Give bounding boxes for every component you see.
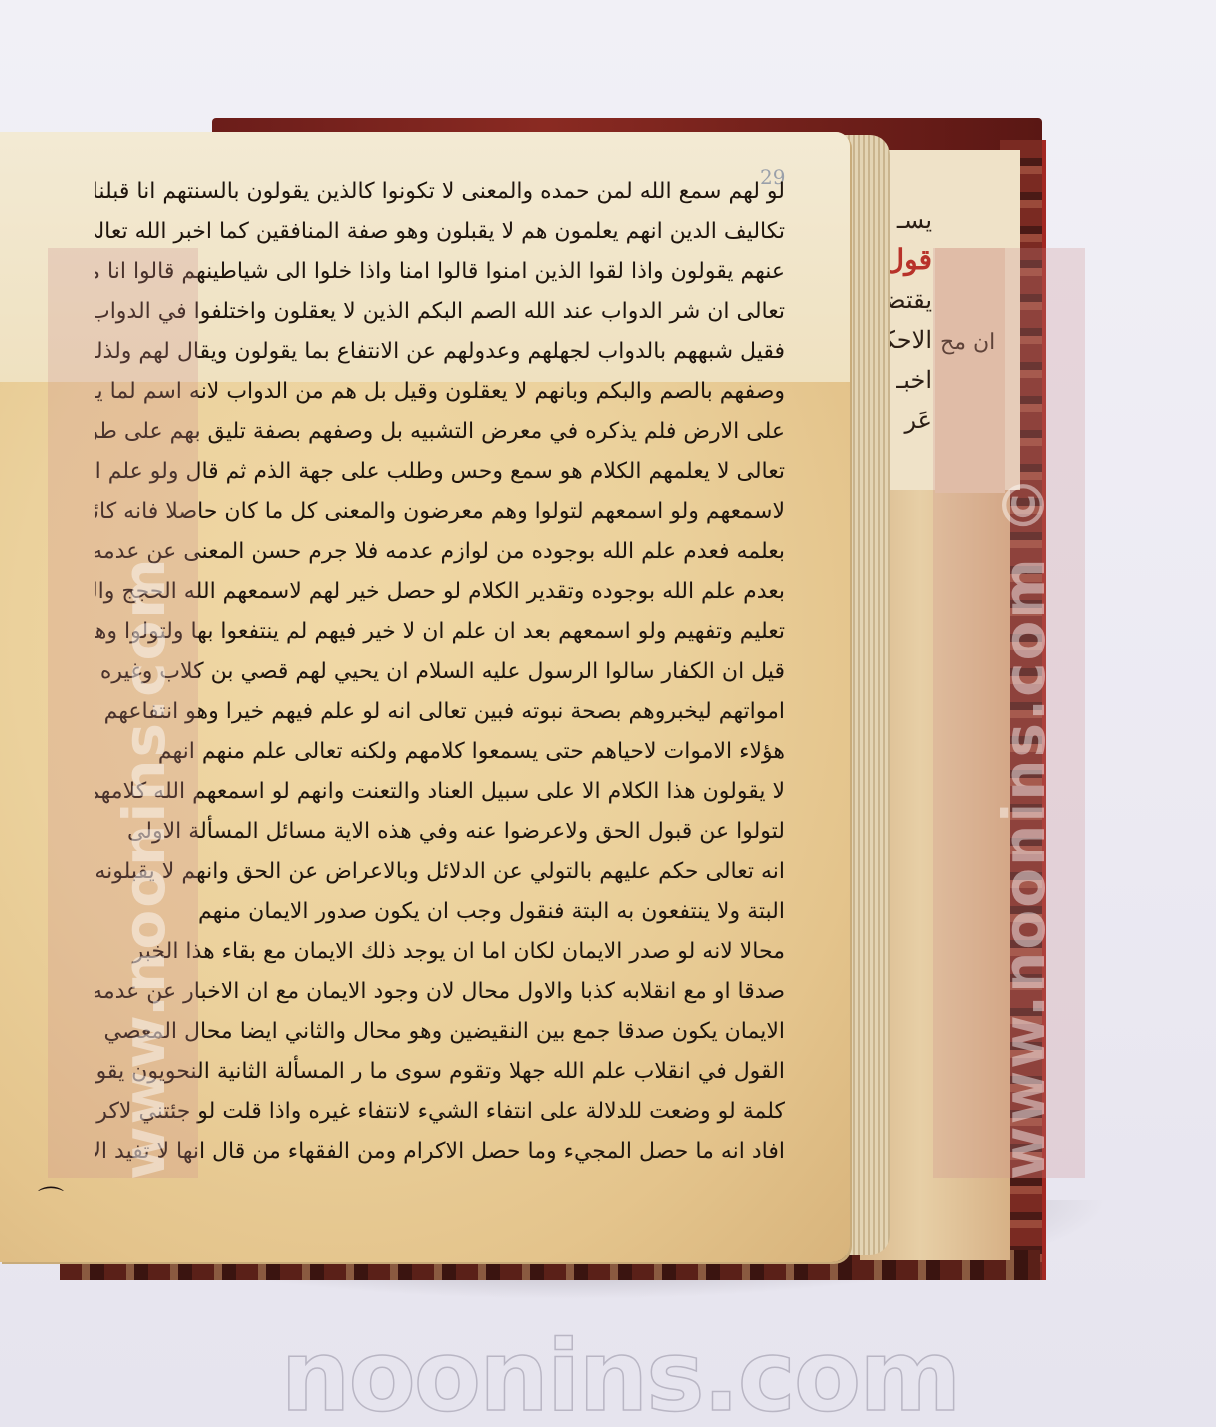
manuscript-text: لو لهم سمع الله لمن حمده والمعنى لا تكون… — [95, 172, 785, 1172]
text-line: على الارض فلم يذكره في معرض التشبيه بل و… — [95, 412, 785, 452]
text-line: وصفهم بالصم والبكم وبانهم لا يعقلون وقيل… — [95, 372, 785, 412]
watermark-bottom: noonins.com — [270, 1320, 970, 1427]
text-line: تعليم وتفهيم ولو اسمعهم بعد ان علم ان لا… — [95, 612, 785, 652]
text-line: كلمة لو وضعت للدلالة على انتفاء الشيء لا… — [95, 1092, 785, 1132]
text-line: هؤلاء الاموات لاحياهم حتى يسمعوا كلامهم … — [95, 732, 785, 772]
text-line: قيل ان الكفار سالوا الرسول عليه السلام ا… — [95, 652, 785, 692]
text-line: محالا لانه لو صدر الايمان لكان اما ان يو… — [95, 932, 785, 972]
text-line: البتة ولا ينتفعون به البتة فنقول وجب ان … — [95, 892, 785, 932]
watermark-vertical-left: www.noonins.com — [110, 556, 178, 1180]
text-line: افاد انه ما حصل المجيء وما حصل الاكرام و… — [95, 1132, 785, 1172]
text-line: الايمان يكون صدقا جمع بين النقيضين وهو م… — [95, 1012, 785, 1052]
text-line: لا يقولون هذا الكلام الا على سبيل العناد… — [95, 772, 785, 812]
text-line: صدقا او مع انقلابه كذبا والاول محال لان … — [95, 972, 785, 1012]
text-line: بعدم علم الله بوجوده وتقدير الكلام لو حص… — [95, 572, 785, 612]
text-line: بعلمه فعدم علم الله بوجوده من لوازم عدمه… — [95, 532, 785, 572]
text-line: فقيل شبههم بالدواب لجهلهم وعدولهم عن الا… — [95, 332, 785, 372]
text-line: امواتهم ليخبروهم بصحة نبوته فبين تعالى ا… — [95, 692, 785, 732]
text-line: لو لهم سمع الله لمن حمده والمعنى لا تكون… — [95, 172, 785, 212]
ink-mark: ⌒ — [38, 1180, 64, 1217]
text-line: تكاليف الدين انهم يعلمون هم لا يقبلون وه… — [95, 212, 785, 252]
watermark-vertical-right: www.noonins.com © — [990, 474, 1058, 1180]
text-line: تعالى ان شر الدواب عند الله الصم البكم ا… — [95, 292, 785, 332]
text-line: لتولوا عن قبول الحق ولاعرضوا عنه وفي هذه… — [95, 812, 785, 852]
text-line: لاسمعهم ولو اسمعهم لتولوا وهم معرضون وال… — [95, 492, 785, 532]
text-line: القول في انقلاب علم الله جهلا وتقوم سوى … — [95, 1052, 785, 1092]
text-line: عنهم يقولون واذا لقوا الذين امنوا قالوا … — [95, 252, 785, 292]
text-line: انه تعالى حكم عليهم بالتولي عن الدلائل و… — [95, 852, 785, 892]
text-line: تعالى لا يعلمهم الكلام هو سمع وحس وطلب ع… — [95, 452, 785, 492]
